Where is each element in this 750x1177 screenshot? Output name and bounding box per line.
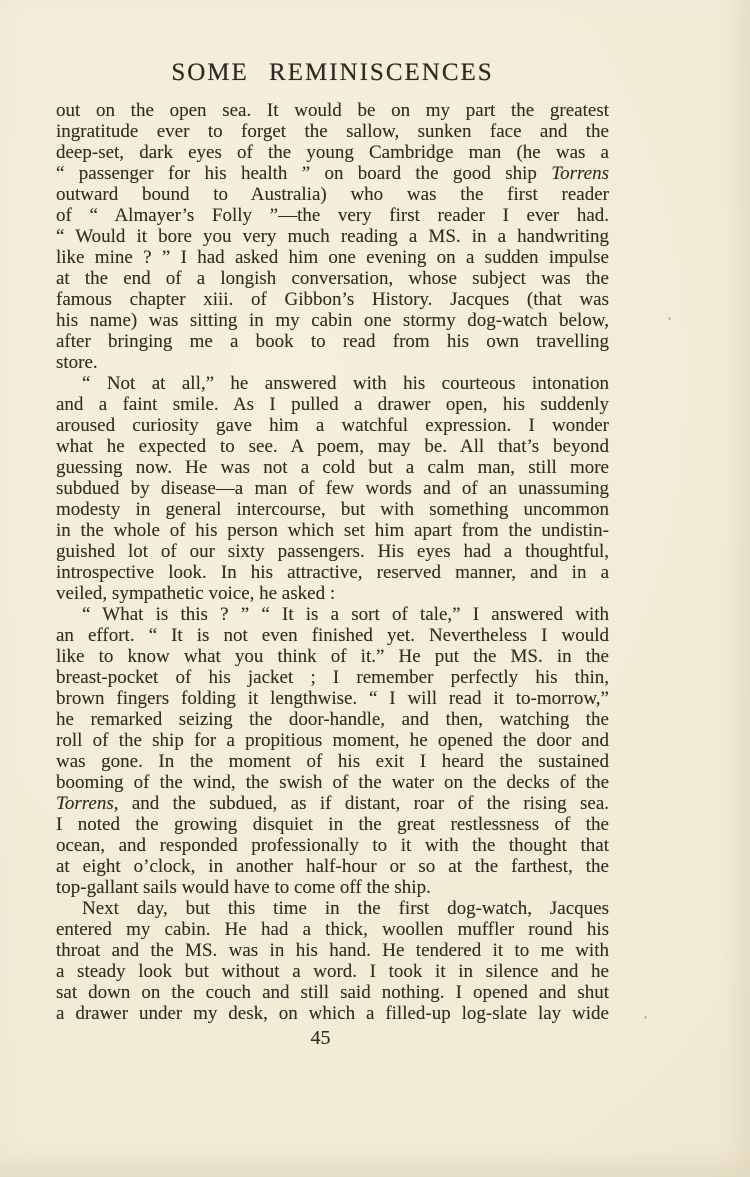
text-line: sat down on the couch and still said not… [56, 982, 609, 1003]
text-line: “ Would it bore you very much reading a … [56, 226, 609, 247]
text-line: at the end of a longish conversation, wh… [56, 268, 609, 289]
text-line: ocean, and responded professionally to i… [56, 835, 609, 856]
text-line: guished lot of our sixty passengers. His… [56, 541, 609, 562]
paper-speck [644, 1016, 647, 1019]
text-line: roll of the ship for a propitious moment… [56, 730, 609, 751]
text-line: an effort. “ It is not even finished yet… [56, 625, 609, 646]
running-head: SOME REMINISCENCES [56, 59, 609, 87]
text-line: subdued by disease—a man of few words an… [56, 478, 609, 499]
text-line: deep-set, dark eyes of the young Cambrid… [56, 142, 609, 163]
text-line: and a faint smile. As I pulled a drawer … [56, 394, 609, 415]
text-line: store. [56, 352, 609, 373]
body-text: out on the open sea. It would be on my p… [56, 100, 609, 1024]
text-line: famous chapter xiii. of Gibbon’s History… [56, 289, 609, 310]
text-line: throat and the MS. was in his hand. He t… [56, 940, 609, 961]
text-line: he remarked seizing the door-handle, and… [56, 709, 609, 730]
text-line: brown fingers folding it lengthwise. “ I… [56, 688, 609, 709]
text-line: “ passenger for his health ” on board th… [56, 163, 609, 184]
text-line: a steady look but without a word. I took… [56, 961, 609, 982]
text-line: Next day, but this time in the first dog… [56, 898, 609, 919]
text-line: like to know what you think of it.” He p… [56, 646, 609, 667]
book-page: SOME REMINISCENCES out on the open sea. … [0, 0, 750, 1177]
text-line: introspective look. In his attractive, r… [56, 562, 609, 583]
text-line: “ Not at all,” he answered with his cour… [56, 373, 609, 394]
text-line: a drawer under my desk, on which a fille… [56, 1003, 609, 1024]
text-line: aroused curiosity gave him a watchful ex… [56, 415, 609, 436]
text-line: “ What is this ? ” “ It is a sort of tal… [56, 604, 609, 625]
text-line: was gone. In the moment of his exit I he… [56, 751, 609, 772]
text-line: Torrens, and the subdued, as if distant,… [56, 793, 609, 814]
text-line: top-gallant sails would have to come off… [56, 877, 609, 898]
text-line: guessing now. He was not a cold but a ca… [56, 457, 609, 478]
paper-speck [668, 317, 671, 320]
text-line: I noted the growing disquiet in the grea… [56, 814, 609, 835]
page-number: 45 [44, 1027, 597, 1050]
text-line: what he expected to see. A poem, may be.… [56, 436, 609, 457]
text-line: like mine ? ” I had asked him one evenin… [56, 247, 609, 268]
text-line: after bringing me a book to read from hi… [56, 331, 609, 352]
text-line: out on the open sea. It would be on my p… [56, 100, 609, 121]
text-line: booming of the wind, the swish of the wa… [56, 772, 609, 793]
text-line: outward bound to Australia) who was the … [56, 184, 609, 205]
text-line: entered my cabin. He had a thick, woolle… [56, 919, 609, 940]
text-line: in the whole of his person which set him… [56, 520, 609, 541]
text-line: breast-pocket of his jacket ; I remember… [56, 667, 609, 688]
text-line: of “ Almayer’s Folly ”—the very first re… [56, 205, 609, 226]
text-line: modesty in general intercourse, but with… [56, 499, 609, 520]
text-line: at eight o’clock, in another half-hour o… [56, 856, 609, 877]
text-line: veiled, sympathetic voice, he asked : [56, 583, 609, 604]
text-line: his name) was sitting in my cabin one st… [56, 310, 609, 331]
text-line: ingratitude ever to forget the sallow, s… [56, 121, 609, 142]
